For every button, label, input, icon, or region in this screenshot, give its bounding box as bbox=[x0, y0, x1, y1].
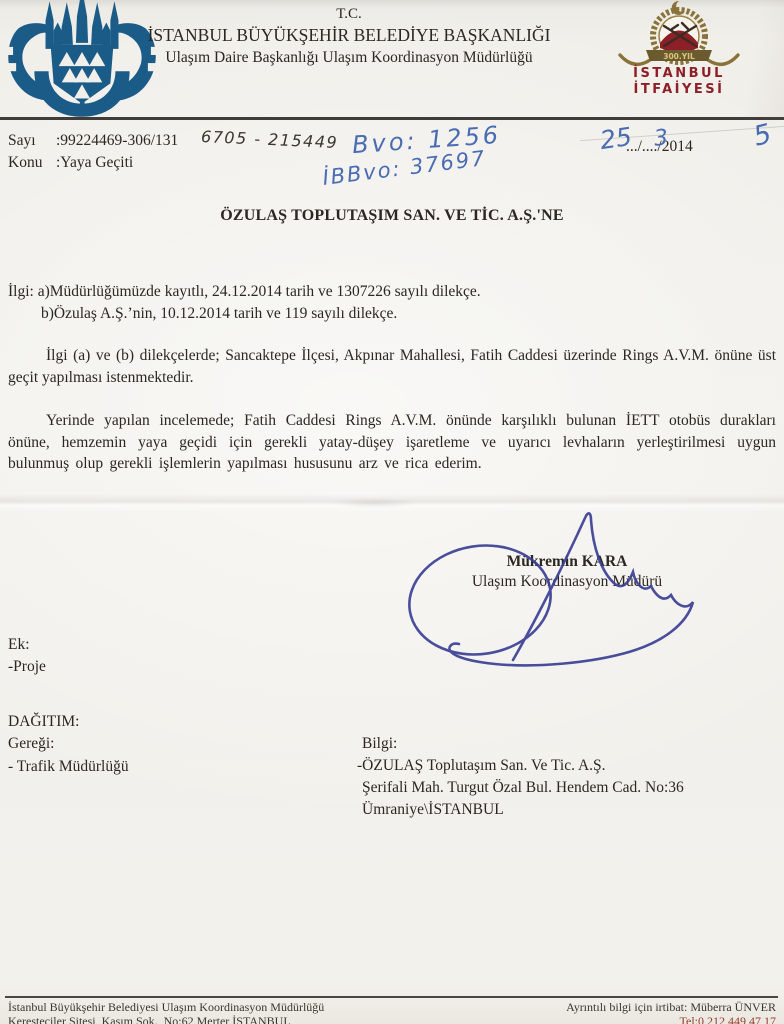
sayi-handwritten-suffix: 6705 - 215449 bbox=[201, 127, 339, 152]
bilgi-address: Şerifali Mah. Turgut Özal Bul. Hendem Ca… bbox=[362, 777, 684, 798]
scanned-letter-page: T.C. İSTANBUL BÜYÜKŞEHİR BELEDİYE BAŞKAN… bbox=[0, 0, 784, 1024]
ilgi-line-a: İlgi: a)Müdürlüğümüzde kayıtlı, 24.12.20… bbox=[8, 281, 481, 302]
letterhead: T.C. İSTANBUL BÜYÜKŞEHİR BELEDİYE BAŞKAN… bbox=[118, 6, 580, 67]
paragraph-decision: Yerinde yapılan incelemede; Fatih Caddes… bbox=[8, 410, 776, 475]
bilgi-city: Ümraniye\İSTANBUL bbox=[362, 799, 504, 820]
letterhead-org: İSTANBUL BÜYÜKŞEHİR BELEDİYE BAŞKANLIĞI bbox=[118, 25, 580, 46]
date-handwritten-month: 3 bbox=[653, 125, 670, 151]
footer-phone-line: Tel:0 212 449 47 17 bbox=[470, 1014, 776, 1024]
letterhead-dept: Ulaşım Daire Başkanlığı Ulaşım Koordinas… bbox=[118, 49, 580, 67]
footer-address-line: Keresteciler Sitesi, Kasım Sok., No:62 M… bbox=[8, 1014, 291, 1024]
itfaiye-name-line2: İTFAİYESİ bbox=[600, 82, 758, 97]
dagitim-label: DAĞITIM: bbox=[8, 711, 79, 732]
recipient-line: ÖZULAŞ TOPLUTAŞIM SAN. VE TİC. A.Ş.'NE bbox=[0, 207, 784, 225]
bilgi-company: -ÖZULAŞ Toplutaşım San. Ve Tic. A.Ş. bbox=[357, 755, 606, 776]
paragraph-request: İlgi (a) ve (b) dilekçelerde; Sancaktepe… bbox=[8, 345, 776, 388]
itfaiye-name-line1: İSTANBUL bbox=[600, 66, 758, 81]
istanbul-itfaiye-emblem-icon: 300.YIL İSTANBUL İTFAİYESİ bbox=[600, 0, 758, 100]
footer-org-line: İstanbul Büyükşehir Belediyesi Ulaşım Ko… bbox=[8, 1000, 324, 1014]
ek-label: Ek: bbox=[8, 634, 30, 655]
footer-divider bbox=[5, 996, 778, 998]
dagitim-geregi-item: - Trafik Müdürlüğü bbox=[8, 756, 129, 777]
header-divider bbox=[0, 117, 784, 120]
letterhead-tc: T.C. bbox=[118, 6, 580, 23]
footer-contact-line: Ayrıntılı bilgi için irtibat: Müberra ÜN… bbox=[470, 1000, 776, 1014]
ilgi-line-b: b)Özulaş A.Ş.’nin, 10.12.2014 tarih ve 1… bbox=[41, 303, 397, 324]
bilgi-label: Bilgi: bbox=[362, 733, 397, 754]
handwritten-signature-icon bbox=[395, 492, 735, 682]
sayi-label: Sayı bbox=[8, 130, 36, 151]
date-handwritten-day: 25 bbox=[598, 122, 634, 155]
itfaiye-banner-text: 300.YIL bbox=[663, 52, 695, 61]
date-field: .../..../2014 25 3 5 bbox=[598, 122, 784, 166]
konu-value: :Yaya Geçiti bbox=[56, 152, 133, 173]
date-handwritten-year-correction: 5 bbox=[751, 118, 775, 152]
sayi-value: :99224469-306/131 bbox=[56, 130, 178, 151]
ek-item: -Proje bbox=[8, 656, 46, 677]
dagitim-geregi-label: Gereği: bbox=[8, 733, 54, 754]
konu-label: Konu bbox=[8, 152, 42, 173]
